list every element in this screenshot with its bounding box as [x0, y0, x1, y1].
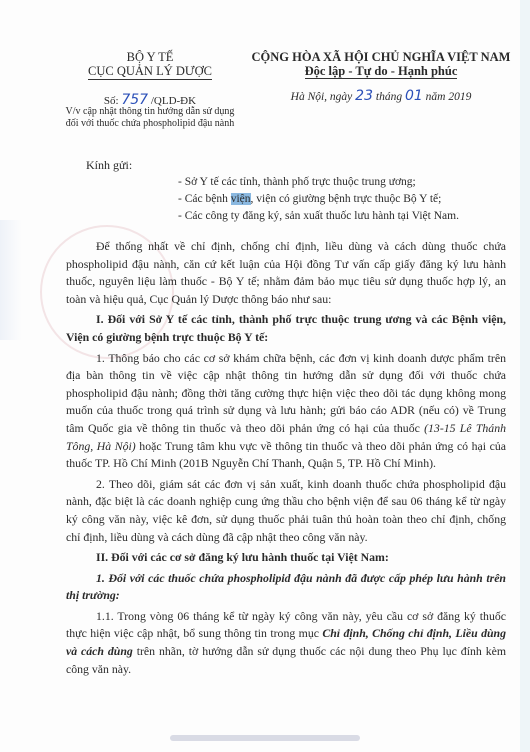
recipient-item: - Các công ty đăng ký, sản xuất thuốc lư…: [178, 208, 459, 225]
scan-smudge: [170, 735, 360, 741]
department-name: CỤC QUẢN LÝ DƯỢC: [70, 64, 230, 79]
section-2-heading: II. Đối với các cơ sở đăng ký lưu hành t…: [66, 549, 506, 567]
section-1-heading: I. Đối với Sở Y tế các tỉnh, thành phố t…: [66, 311, 506, 346]
date-month: 01: [405, 88, 423, 104]
recipient-text: - Các bệnh: [178, 193, 231, 205]
date-month-label: tháng: [376, 91, 402, 103]
scan-edge: [520, 0, 530, 752]
section-2-subheading: 1. Đối với các thuốc chứa phospholipid đ…: [66, 570, 506, 605]
recipients-label: Kính gửi:: [86, 158, 132, 173]
date-day: 23: [355, 88, 373, 104]
ministry-name: BỘ Y TẾ: [70, 50, 230, 65]
section-1-paragraph-1: 1. Thông báo cho các cơ sở khám chữa bện…: [66, 350, 506, 473]
section-1-paragraph-2: 2. Theo dõi, giám sát các đơn vị sản xuấ…: [66, 476, 506, 546]
highlighted-word[interactable]: viện: [231, 193, 251, 205]
paragraph-text: trên nhãn, tờ hướng dẫn sử dụng thuốc cá…: [66, 644, 506, 676]
recipient-item: - Sở Y tế các tỉnh, thành phố trực thuộc…: [178, 174, 459, 191]
scan-shadow: [0, 220, 22, 340]
section-2-paragraph-1-1: 1.1. Trong vòng 06 tháng kể từ ngày ký c…: [66, 608, 506, 678]
motto-text: Độc lập - Tự do - Hạnh phúc: [305, 64, 458, 79]
subject-line: V/v cập nhật thông tin hướng dẫn sử dụng…: [62, 106, 238, 130]
republic-title: CỘNG HÒA XÃ HỘI CHỦ NGHĨA VIỆT NAM: [236, 50, 526, 65]
date-prefix: Hà Nội, ngày: [291, 91, 353, 103]
motto: Độc lập - Tự do - Hạnh phúc: [236, 64, 526, 79]
intro-paragraph: Để thống nhất về chỉ định, chống chỉ địn…: [66, 238, 506, 308]
recipient-text: , viện có giường bệnh trực thuộc Bộ Y tế…: [251, 193, 442, 205]
recipient-item: - Các bệnh viện, viện có giường bệnh trự…: [178, 191, 459, 208]
recipients-list: - Sở Y tế các tỉnh, thành phố trực thuộc…: [178, 174, 459, 225]
date-line: Hà Nội, ngày 23 tháng 01 năm 2019: [236, 88, 526, 104]
document-body: Để thống nhất về chỉ định, chống chỉ địn…: [66, 238, 506, 678]
department-label: CỤC QUẢN LÝ DƯỢC: [88, 64, 212, 80]
date-year: năm 2019: [426, 91, 472, 103]
